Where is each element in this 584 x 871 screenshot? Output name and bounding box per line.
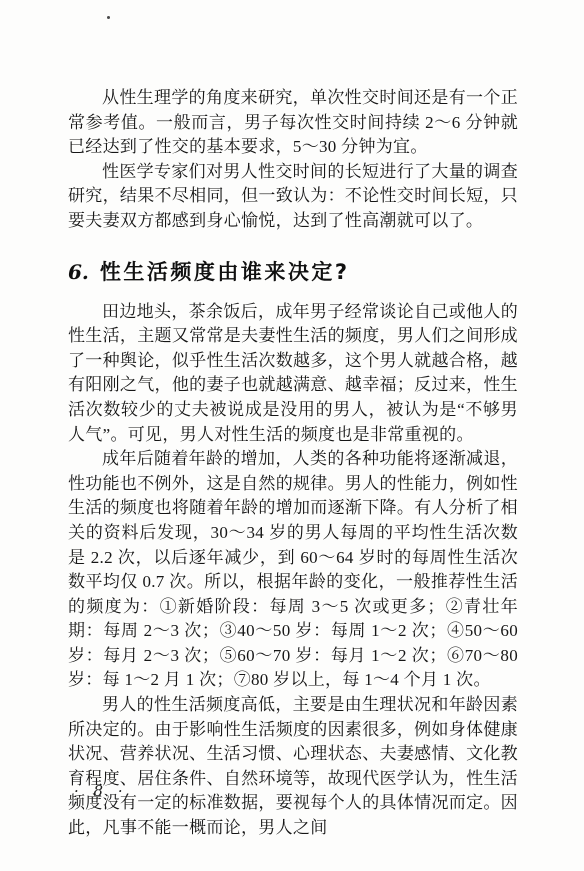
section-title: 性生活频度由谁来决定? <box>100 260 350 284</box>
book-page: 从性生理学的角度来研究，单次性交时间还是有一个正常参考值。一般而言，男子每次性交… <box>0 0 584 871</box>
scan-speck <box>107 16 110 19</box>
paragraph-section-3: 男人的性生活频度高低，主要是由生理状况和年龄因素所决定的。由于影响性生活频度的因… <box>68 693 518 841</box>
paragraph-intro-2: 性医学专家们对男人性交时间的长短进行了大量的调查研究，结果不尽相同，但一致认为：… <box>68 160 518 234</box>
page-content: 从性生理学的角度来研究，单次性交时间还是有一个正常参考值。一般而言，男子每次性交… <box>68 86 518 841</box>
paragraph-intro-1: 从性生理学的角度来研究，单次性交时间还是有一个正常参考值。一般而言，男子每次性交… <box>68 86 518 160</box>
section-number: 6. <box>68 260 89 284</box>
paragraph-section-1: 田边地头，茶余饭后，成年男子经常谈论自己或他人的性生活，主题又常常是夫妻性生活的… <box>68 300 518 448</box>
section-heading: 6.性生活频度由谁来决定? <box>68 257 518 287</box>
paragraph-section-2: 成年后随着年龄的增加，人类的各种功能将逐渐减退，性功能也不例外，这是自然的规律。… <box>68 447 518 693</box>
page-number: · 8 · <box>74 782 128 800</box>
